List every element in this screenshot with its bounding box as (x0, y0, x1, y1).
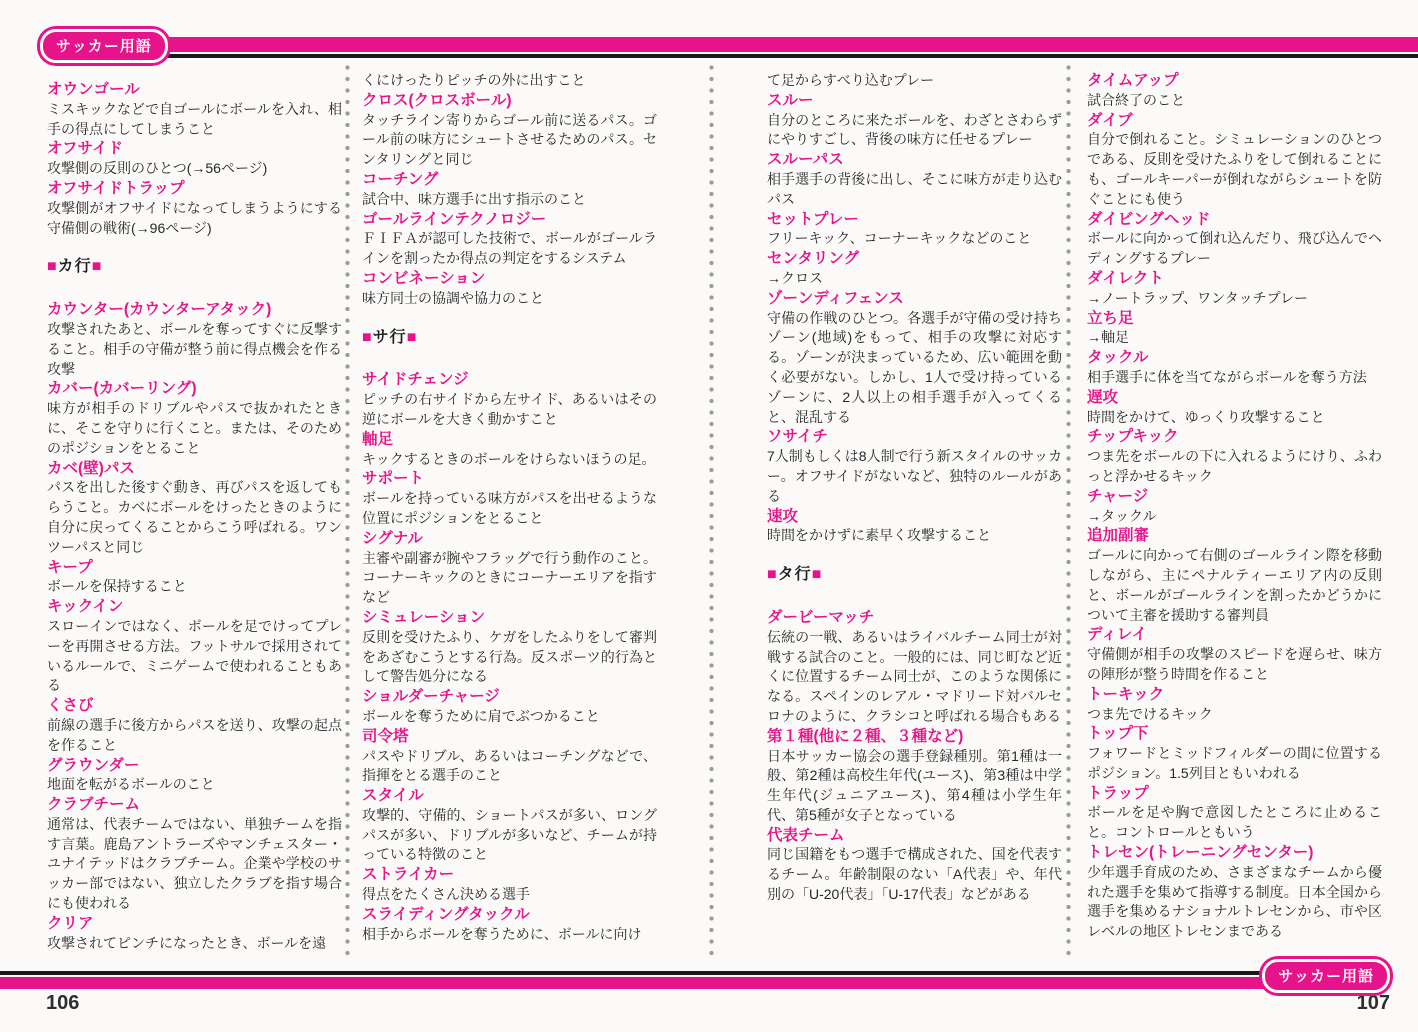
glossary-term: 司令塔 (362, 727, 657, 747)
glossary-definition: フリーキック、コーナーキックなどのこと (767, 229, 1062, 249)
glossary-definition: ボールを奪うために肩でぶつかること (362, 707, 657, 727)
glossary-term: サイドチェンジ (362, 370, 657, 390)
glossary-term: タックル (1087, 348, 1382, 368)
glossary-term: シミュレーション (362, 608, 657, 628)
glossary-definition: →軸足 (1087, 328, 1382, 348)
glossary-definition: 通常は、代表チームではない、単独チームを指す言葉。鹿島アントラーズやマンチェスタ… (47, 815, 342, 914)
glossary-definition: 反則を受けたふり、ケガをしたふりをして審判をあざむこうとする行為。反スポーツ的行… (362, 628, 657, 687)
section-heading: カ行 (47, 257, 342, 277)
glossary-definition: ゴールに向かって右側のゴールライン際を移動しながら、主にペナルティーエリア内の反… (1087, 546, 1382, 625)
glossary-definition: 自分のところに来たボールを、わざとさわらずにやりすごし、背後の味方に任せるプレー (767, 111, 1062, 151)
section-heading: サ行 (362, 328, 657, 348)
glossary-term: カウンター(カウンターアタック) (47, 300, 342, 320)
glossary-term: スタイル (362, 786, 657, 806)
glossary-definition: 相手からボールを奪うために、ボールに向け (362, 925, 657, 945)
glossary-term: ソサイチ (767, 427, 1062, 447)
glossary-term: キックイン (47, 597, 342, 617)
glossary-definition: フォワードとミッドフィルダーの間に位置するポジション。1.5列目ともいわれる (1087, 744, 1382, 784)
glossary-definition: 攻撃側がオフサイドになってしまうようにする守備側の戦術(→96ページ) (47, 199, 342, 239)
glossary-term: ディレイ (1087, 625, 1382, 645)
glossary-definition: 守備側が相手の攻撃のスピードを遅らせ、味方の陣形が整う時間を作ること (1087, 645, 1382, 685)
glossary-term: オフサイドトラップ (47, 179, 342, 199)
glossary-definition: 味方同士の協調や協力のこと (362, 289, 657, 309)
glossary-term: センタリング (767, 249, 1062, 269)
glossary-definition: ボールを持っている味方がパスを出せるような位置にポジションをとること (362, 489, 657, 529)
glossary-definition: パスを出した後すぐ動き、再びパスを返してもらうこと。カベにボールをけったときのよ… (47, 478, 342, 557)
glossary-definition: 7人制もしくは8人制で行う新スタイルのサッカー。オフサイドがないなど、独特のルー… (767, 447, 1062, 506)
glossary-definition: ＦＩＦＡが認可した技術で、ボールがゴールラインを割ったか得点の判定をするシステム (362, 229, 657, 269)
page-number-left: 106 (46, 992, 79, 1015)
glossary-term: グラウンダー (47, 756, 342, 776)
glossary-definition: ピッチの右サイドから左サイド、あるいはその逆にボールを大きく動かすこと (362, 390, 657, 430)
glossary-term: トーキック (1087, 685, 1382, 705)
glossary-definition: 攻撃側の反則のひとつ(→56ページ) (47, 159, 342, 179)
glossary-term: 遅攻 (1087, 388, 1382, 408)
glossary-term: トレセン(トレーニングセンター) (1087, 843, 1382, 863)
glossary-definition: スローインではなく、ボールを足でけってプレーを再開させる方法。フットサルで採用さ… (47, 617, 342, 696)
glossary-column-3: て足からすべり込むプレースルー自分のところに来たボールを、わざとさわらずにやりす… (767, 71, 1062, 905)
glossary-term: セットプレー (767, 210, 1062, 230)
glossary-term: 立ち足 (1087, 309, 1382, 329)
page-spine-divider (709, 64, 714, 960)
glossary-term: コンビネーション (362, 269, 657, 289)
glossary-definition: 地面を転がるボールのこと (47, 775, 342, 795)
glossary-term: コーチング (362, 170, 657, 190)
glossary-definition: パスやドリブル、あるいはコーチングなどで、指揮をとる選手のこと (362, 747, 657, 787)
glossary-term: トップ下 (1087, 724, 1382, 744)
glossary-definition: ボールに向かって倒れ込んだり、飛び込んでヘディングするプレー (1087, 229, 1382, 269)
glossary-definition: タッチライン寄りからゴール前に送るパス。ゴール前の味方にシュートさせるためのパス… (362, 111, 657, 170)
glossary-definition: →クロス (767, 269, 1062, 289)
glossary-term: クラブチーム (47, 795, 342, 815)
glossary-definition: →タックル (1087, 507, 1382, 527)
glossary-term: ゴールラインテクノロジー (362, 210, 657, 230)
glossary-term: ダイブ (1087, 111, 1382, 131)
glossary-term: オウンゴール (47, 80, 342, 100)
glossary-definition: 相手選手に体を当てながらボールを奪う方法 (1087, 368, 1382, 388)
glossary-definition: 主審や副審が腕やフラッグで行う動作のこと。コーナーキックのときにコーナーエリアを… (362, 549, 657, 608)
glossary-definition: 相手選手の背後に出し、そこに味方が走り込むパス (767, 170, 1062, 210)
glossary-term: ストライカー (362, 865, 657, 885)
glossary-definition: 守備の作戦のひとつ。各選手が守備の受け持ちゾーン(地域)をもって、相手の攻撃に対… (767, 309, 1062, 428)
glossary-definition: て足からすべり込むプレー (767, 71, 1062, 91)
glossary-definition: 攻撃されたあと、ボールを奪ってすぐに反撃すること。相手の守備が整う前に得点機会を… (47, 320, 342, 379)
glossary-definition: 日本サッカー協会の選手登録種別。第1種は一般、第2種は高校生年代(ユース)、第3… (767, 747, 1062, 826)
glossary-term: 代表チーム (767, 826, 1062, 846)
glossary-term: ダービーマッチ (767, 608, 1062, 628)
glossary-definition: 伝統の一戦、あるいはライバルチーム同士が対戦する試合のこと。一般的には、同じ町な… (767, 628, 1062, 727)
glossary-term: キープ (47, 558, 342, 578)
glossary-term: カバー(カバーリング) (47, 379, 342, 399)
glossary-term: トラップ (1087, 784, 1382, 804)
glossary-definition: くにけったりピッチの外に出すこと (362, 71, 657, 91)
footer-rule (0, 977, 1384, 989)
column-divider (345, 64, 350, 960)
header-badge: サッカー用語 (40, 29, 168, 63)
glossary-term: オフサイド (47, 139, 342, 159)
glossary-column-4: タイムアップ試合終了のことダイブ自分で倒れること。シミュレーションのひとつである… (1087, 71, 1382, 942)
glossary-definition: 攻撃的、守備的、ショートパスが多い、ロングパスが多い、ドリブルが多いなど、チーム… (362, 806, 657, 865)
glossary-term: スライディングタックル (362, 905, 657, 925)
glossary-term: 第１種(他に２種、３種など) (767, 727, 1062, 747)
glossary-definition: 少年選手育成のため、さまざまなチームから優れた選手を集めて指導する制度。日本全国… (1087, 863, 1382, 942)
glossary-definition: 時間をかけずに素早く攻撃すること (767, 526, 1062, 546)
glossary-definition: ボールを保持すること (47, 577, 342, 597)
glossary-term: クロス(クロスボール) (362, 91, 657, 111)
glossary-definition: 自分で倒れること。シミュレーションのひとつである、反則を受けたふりをして倒れるこ… (1087, 130, 1382, 209)
glossary-column-2: くにけったりピッチの外に出すことクロス(クロスボール)タッチライン寄りからゴール… (362, 71, 657, 944)
glossary-definition: 味方が相手のドリブルやパスで抜かれたときに、そこを守りに行くこと。または、そのた… (47, 399, 342, 458)
glossary-definition: 攻撃されてピンチになったとき、ボールを遠 (47, 934, 342, 954)
glossary-definition: 試合中、味方選手に出す指示のこと (362, 190, 657, 210)
page-number-right: 107 (1357, 992, 1390, 1015)
glossary-term: くさび (47, 696, 342, 716)
glossary-term: タイムアップ (1087, 71, 1382, 91)
glossary-term: 速攻 (767, 507, 1062, 527)
glossary-definition: 時間をかけて、ゆっくり攻撃すること (1087, 408, 1382, 428)
glossary-term: ダイビングヘッド (1087, 210, 1382, 230)
header-rule (44, 37, 1418, 52)
glossary-term: スルーパス (767, 150, 1062, 170)
glossary-term: ショルダーチャージ (362, 687, 657, 707)
glossary-definition: 同じ国籍をもつ選手で構成された、国を代表するチーム。年齢制限のない「A代表」や、… (767, 845, 1062, 904)
footer-badge-label: サッカー用語 (1278, 968, 1374, 985)
glossary-term: サポート (362, 469, 657, 489)
glossary-term: カベ(壁)パス (47, 459, 342, 479)
glossary-term: ゾーンディフェンス (767, 289, 1062, 309)
glossary-column-1: オウンゴールミスキックなどで自ゴールにボールを入れ、相手の得点にしてしまうことオ… (47, 80, 342, 953)
glossary-term: 追加副審 (1087, 526, 1382, 546)
glossary-definition: 試合終了のこと (1087, 91, 1382, 111)
header-badge-label: サッカー用語 (56, 38, 152, 55)
glossary-term: ダイレクト (1087, 269, 1382, 289)
glossary-term: スルー (767, 91, 1062, 111)
glossary-definition: ミスキックなどで自ゴールにボールを入れ、相手の得点にしてしまうこと (47, 100, 342, 140)
glossary-definition: つま先でけるキック (1087, 705, 1382, 725)
glossary-definition: つま先をボールの下に入れるようにけり、ふわっと浮かせるキック (1087, 447, 1382, 487)
glossary-term: チャージ (1087, 487, 1382, 507)
glossary-term: 軸足 (362, 430, 657, 450)
glossary-definition: →ノートラップ、ワンタッチプレー (1087, 289, 1382, 309)
section-heading: タ行 (767, 565, 1062, 585)
glossary-term: クリア (47, 914, 342, 934)
glossary-term: チップキック (1087, 427, 1382, 447)
glossary-definition: 前線の選手に後方からパスを送り、攻撃の起点を作ること (47, 716, 342, 756)
glossary-term: シグナル (362, 529, 657, 549)
glossary-definition: キックするときのボールをけらないほうの足。 (362, 450, 657, 470)
footer-badge: サッカー用語 (1262, 959, 1390, 993)
glossary-definition: ボールを足や胸で意図したところに止めること。コントロールともいう (1087, 803, 1382, 843)
column-divider (1066, 64, 1071, 960)
glossary-definition: 得点をたくさん決める選手 (362, 885, 657, 905)
